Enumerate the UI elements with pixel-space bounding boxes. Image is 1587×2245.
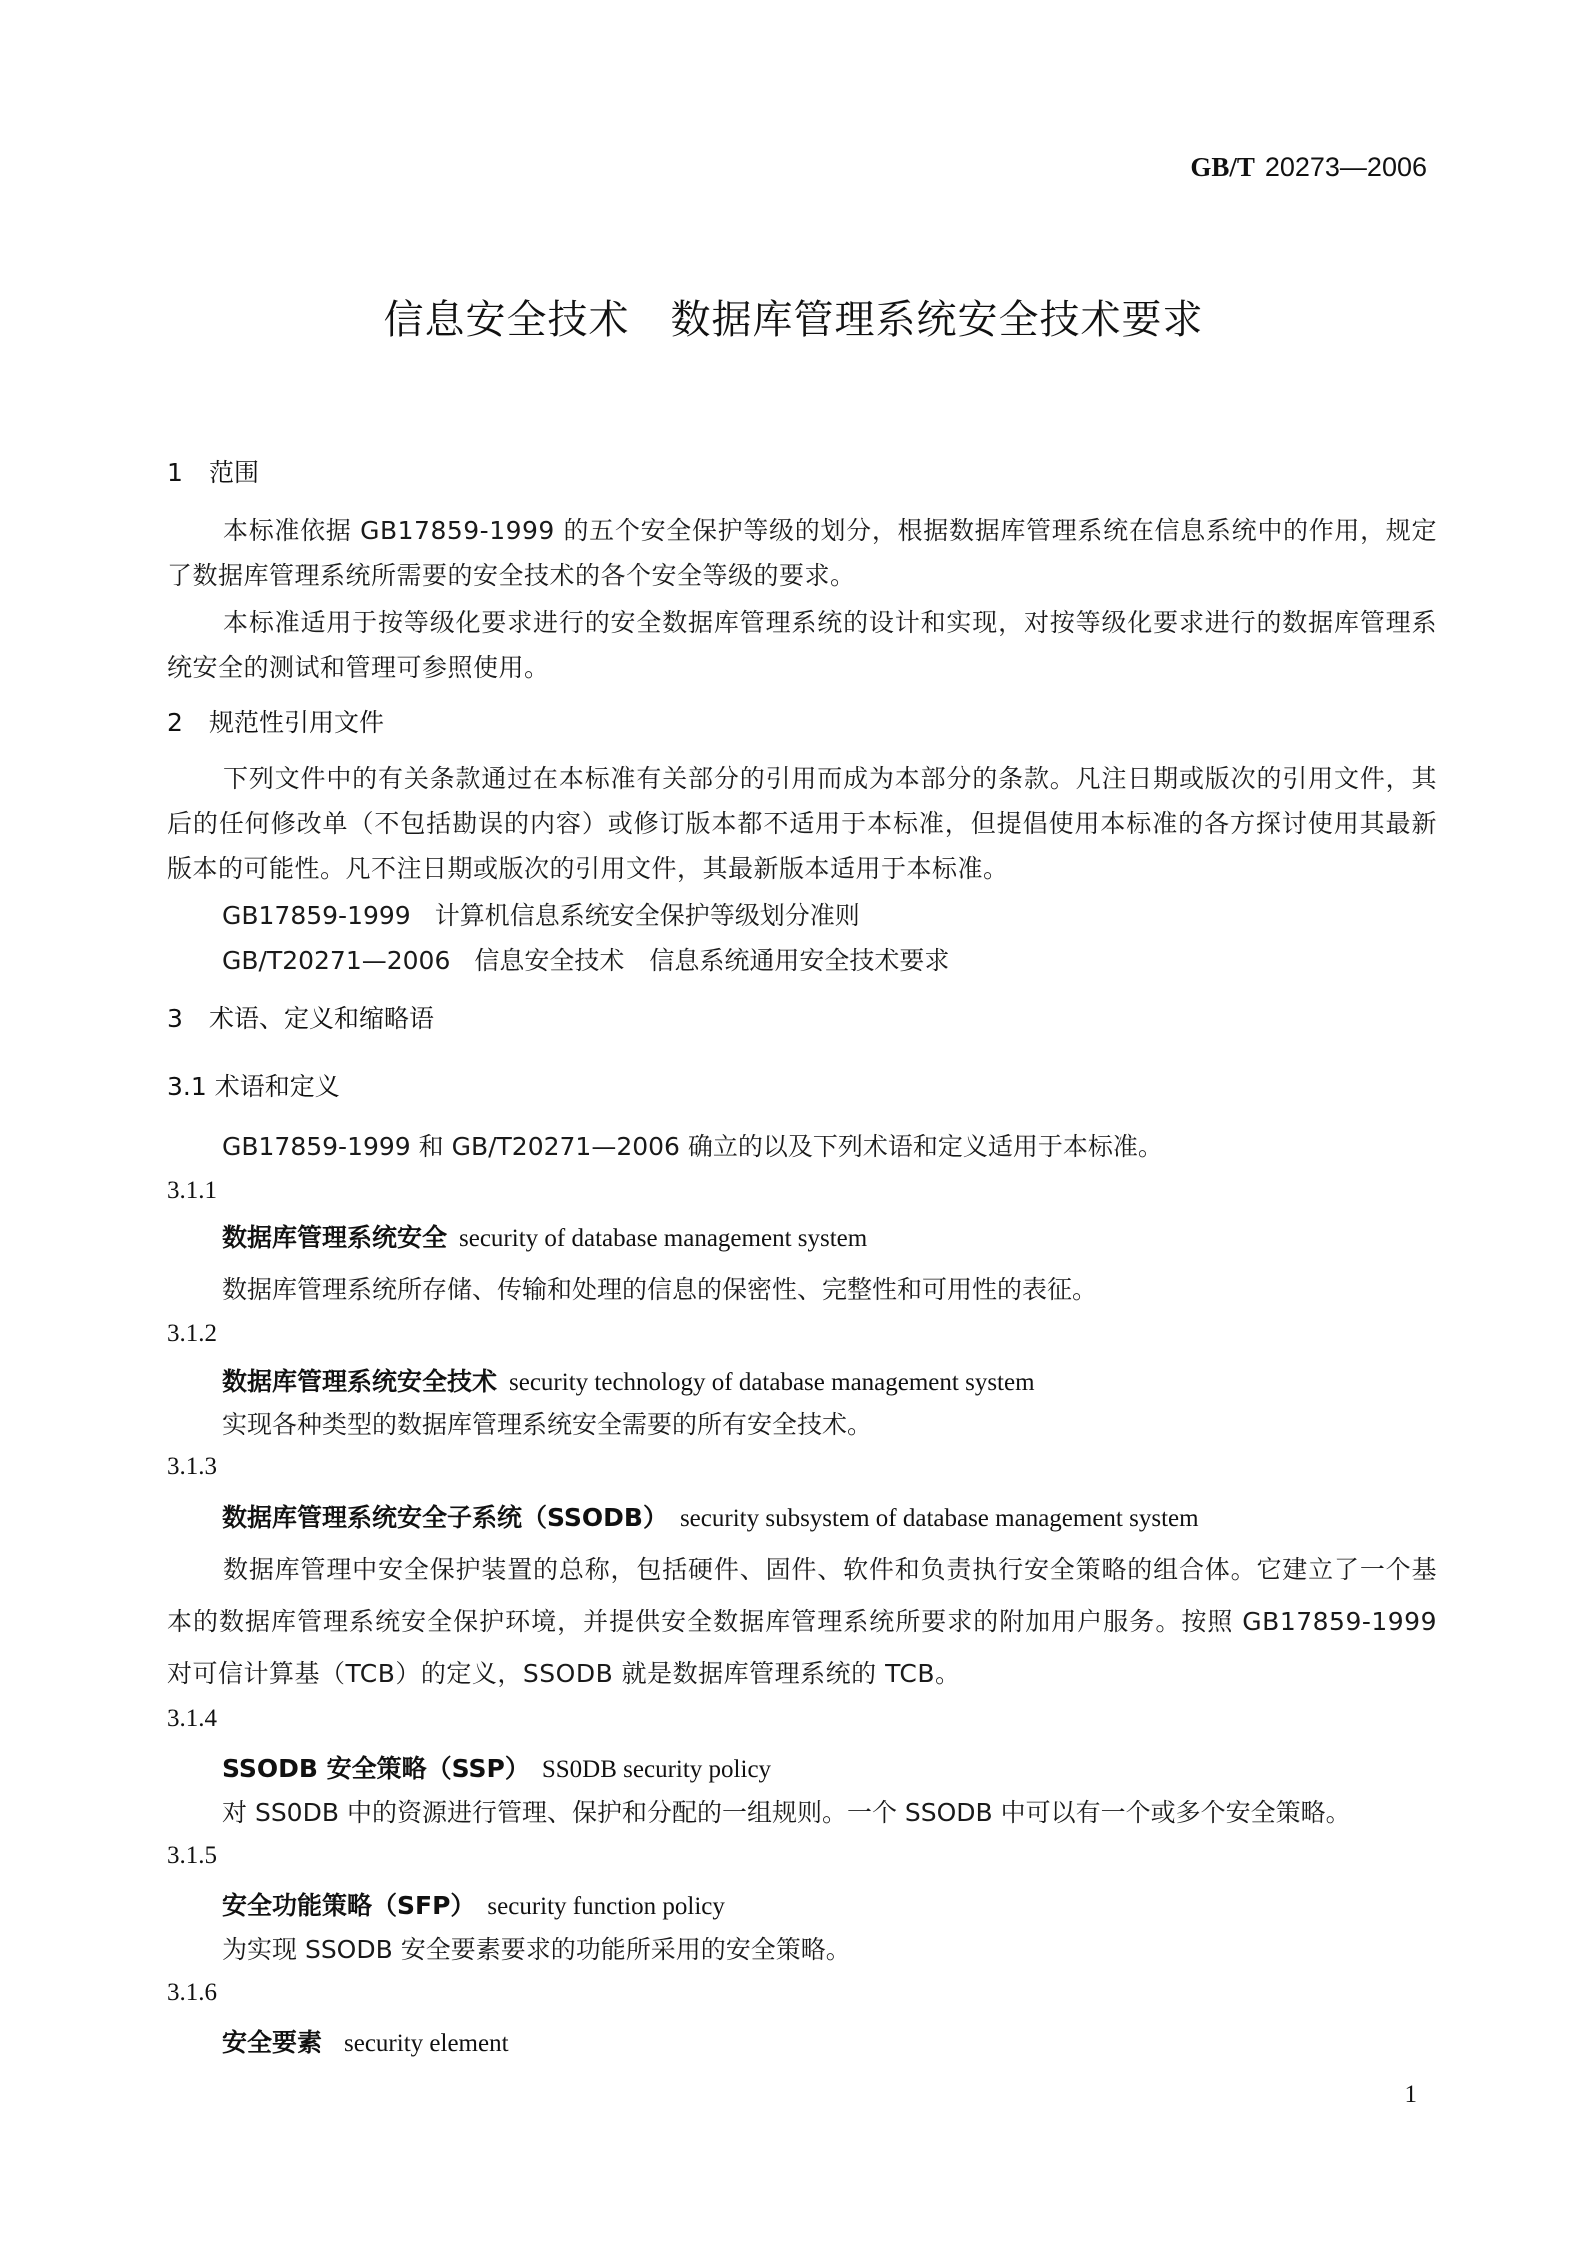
term-definition: 数据库管理系统所存储、传输和处理的信息的保密性、完整性和可用性的表征。 <box>222 1277 1097 1302</box>
section-number: 2 <box>167 710 209 735</box>
section-title: 规范性引用文件 <box>209 708 384 737</box>
term-zh: SSODB 安全策略（SSP） <box>222 1754 530 1783</box>
document-header: GB/T20273—2006 <box>1190 154 1427 181</box>
paragraph-scope-2: 本标准适用于按等级化要求进行的安全数据库管理系统的设计和实现，对按等级化要求进行… <box>167 600 1437 690</box>
reference-item: GB17859-1999计算机信息系统安全保护等级划分准则 <box>222 903 860 928</box>
term-definition: 为实现 SSODB 安全要素要求的功能所采用的安全策略。 <box>222 1937 851 1962</box>
subsection-heading-3-1: 3.1 术语和定义 <box>167 1074 340 1099</box>
reference-code: GB17859-1999 <box>222 901 411 930</box>
reference-item: GB/T20271—2006信息安全技术 信息系统通用安全技术要求 <box>222 948 949 973</box>
clause-number: 3.1.1 <box>167 1178 217 1203</box>
term-entry: 数据库管理系统安全技术security technology of databa… <box>222 1369 1035 1395</box>
reference-title: 信息安全技术 信息系统通用安全技术要求 <box>474 946 949 975</box>
term-entry: 数据库管理系统安全security of database management… <box>222 1225 867 1251</box>
term-zh: 数据库管理系统安全 <box>222 1223 447 1252</box>
page-number: 1 <box>1405 2082 1418 2107</box>
term-zh: 安全功能策略（SFP） <box>222 1891 475 1920</box>
clause-number: 3.1.4 <box>167 1706 217 1731</box>
term-definition: 实现各种类型的数据库管理系统安全需要的所有安全技术。 <box>222 1412 872 1437</box>
term-entry: 安全要素security element <box>222 2030 509 2056</box>
term-en: security of database management system <box>459 1225 867 1252</box>
section-title: 范围 <box>209 458 259 487</box>
term-zh: 安全要素 <box>222 2028 322 2057</box>
clause-number: 3.1.6 <box>167 1980 217 2005</box>
clause-number: 3.1.2 <box>167 1321 217 1346</box>
term-entry: 数据库管理系统安全子系统（SSODB）security subsystem of… <box>222 1505 1199 1531</box>
standard-number: 20273—2006 <box>1265 152 1427 182</box>
section-title: 术语、定义和缩略语 <box>209 1004 434 1033</box>
section-heading-2: 2规范性引用文件 <box>167 710 384 735</box>
standard-code: GB/T <box>1190 152 1255 182</box>
term-zh: 数据库管理系统安全子系统（SSODB） <box>222 1503 668 1532</box>
term-definition: 对 SS0DB 中的资源进行管理、保护和分配的一组规则。一个 SSODB 中可以… <box>222 1800 1351 1825</box>
term-en: security subsystem of database managemen… <box>680 1505 1199 1532</box>
paragraph-scope-1: 本标准依据 GB17859-1999 的五个安全保护等级的划分，根据数据库管理系… <box>167 508 1437 598</box>
term-entry: SSODB 安全策略（SSP）SS0DB security policy <box>222 1756 771 1782</box>
term-en: security function policy <box>487 1893 724 1920</box>
section-heading-1: 1范围 <box>167 460 259 485</box>
clause-number: 3.1.3 <box>167 1454 217 1479</box>
section-heading-3: 3术语、定义和缩略语 <box>167 1006 434 1031</box>
paragraph-normative-refs: 下列文件中的有关条款通过在本标准有关部分的引用而成为本部分的条款。凡注日期或版次… <box>167 756 1437 891</box>
page-title: 信息安全技术 数据库管理系统安全技术要求 <box>0 300 1587 340</box>
term-zh: 数据库管理系统安全技术 <box>222 1367 497 1396</box>
term-en: SS0DB security policy <box>542 1756 771 1783</box>
term-en: security technology of database manageme… <box>509 1369 1035 1396</box>
reference-code: GB/T20271—2006 <box>222 946 450 975</box>
term-definition: 数据库管理中安全保护装置的总称，包括硬件、固件、软件和负责执行安全策略的组合体。… <box>167 1544 1437 1700</box>
clause-number: 3.1.5 <box>167 1843 217 1868</box>
term-entry: 安全功能策略（SFP）security function policy <box>222 1893 725 1919</box>
section-number: 1 <box>167 460 209 485</box>
terms-intro: GB17859-1999 和 GB/T20271—2006 确立的以及下列术语和… <box>222 1134 1163 1159</box>
term-en: security element <box>344 2030 509 2057</box>
reference-title: 计算机信息系统安全保护等级划分准则 <box>435 901 860 930</box>
section-number: 3 <box>167 1006 209 1031</box>
